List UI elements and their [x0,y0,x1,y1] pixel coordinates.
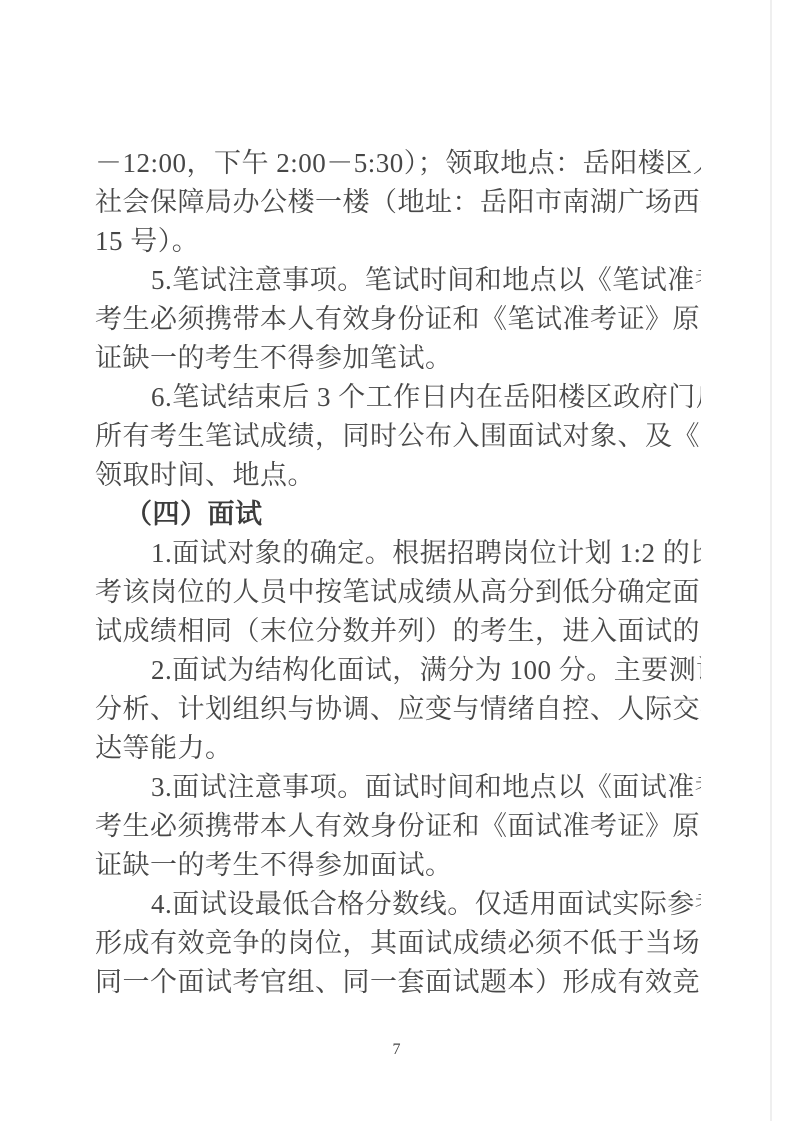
text-line: 2.面试为结构化面试，满分为 100 分。主要测评考生综合 [95,651,701,690]
page-number: 7 [0,1040,793,1060]
paragraph: 4.面试设最低合格分数线。仅适用面试实际参考人数没有形成有效竞争的岗位，其面试成… [95,885,701,1002]
scan-artifact-line [770,0,772,1121]
text-line: 考生必须携带本人有效身份证和《笔试准考证》原件参考，两 [95,300,701,339]
text-line: 3.面试注意事项。面试时间和地点以《面试准考证》为准， [95,768,701,807]
paragraph: 3.面试注意事项。面试时间和地点以《面试准考证》为准，考生必须携带本人有效身份证… [95,768,701,885]
text-line: （四）面试 [95,495,701,534]
text-line: 分析、计划组织与协调、应变与情绪自控、人际交往、语言表 [95,690,701,729]
text-line: 形成有效竞争的岗位，其面试成绩必须不低于当场（同一场次、 [95,924,701,963]
text-line: 达等能力。 [95,729,701,768]
text-line: 试成绩相同（末位分数并列）的考生，进入面试的机会均等。 [95,612,701,651]
document-body: －12:00，下午 2:00－5:30）；领取地点：岳阳楼区人力资源和社会保障局… [95,144,701,1002]
text-line: 5.笔试注意事项。笔试时间和地点以《笔试准考证》为准， [95,261,701,300]
text-line: 15 号）。 [95,222,701,261]
text-line: 1.面试对象的确定。根据招聘岗位计划 1:2 的比例，在报 [95,534,701,573]
text-line: 证缺一的考生不得参加笔试。 [95,339,701,378]
paragraph: －12:00，下午 2:00－5:30）；领取地点：岳阳楼区人力资源和社会保障局… [95,144,701,261]
text-line: 证缺一的考生不得参加面试。 [95,846,701,885]
document-page: －12:00，下午 2:00－5:30）；领取地点：岳阳楼区人力资源和社会保障局… [0,0,793,1121]
paragraph: 2.面试为结构化面试，满分为 100 分。主要测评考生综合分析、计划组织与协调、… [95,651,701,768]
text-line: －12:00，下午 2:00－5:30）；领取地点：岳阳楼区人力资源和 [95,144,701,183]
paragraph: 5.笔试注意事项。笔试时间和地点以《笔试准考证》为准，考生必须携带本人有效身份证… [95,261,701,378]
text-line: 同一个面试考官组、同一套面试题本）形成有效竞争岗位入围 [95,963,701,1002]
text-line: 社会保障局办公楼一楼（地址：岳阳市南湖广场西侧，邕园路 [95,183,701,222]
text-line: 所有考生笔试成绩，同时公布入围面试对象、及《面试准考证》 [95,417,701,456]
section-heading: （四）面试 [95,495,701,534]
paragraph: 6.笔试结束后 3 个工作日内在岳阳楼区政府门户网站公布所有考生笔试成绩，同时公… [95,378,701,495]
text-line: 考该岗位的人员中按笔试成绩从高分到低分确定面试对象，笔 [95,573,701,612]
text-line: 6.笔试结束后 3 个工作日内在岳阳楼区政府门户网站公布 [95,378,701,417]
text-line: 领取时间、地点。 [95,456,701,495]
text-line: 考生必须携带本人有效身份证和《面试准考证》原件参考，两 [95,807,701,846]
text-line: 4.面试设最低合格分数线。仅适用面试实际参考人数没有 [95,885,701,924]
paragraph: 1.面试对象的确定。根据招聘岗位计划 1:2 的比例，在报考该岗位的人员中按笔试… [95,534,701,651]
